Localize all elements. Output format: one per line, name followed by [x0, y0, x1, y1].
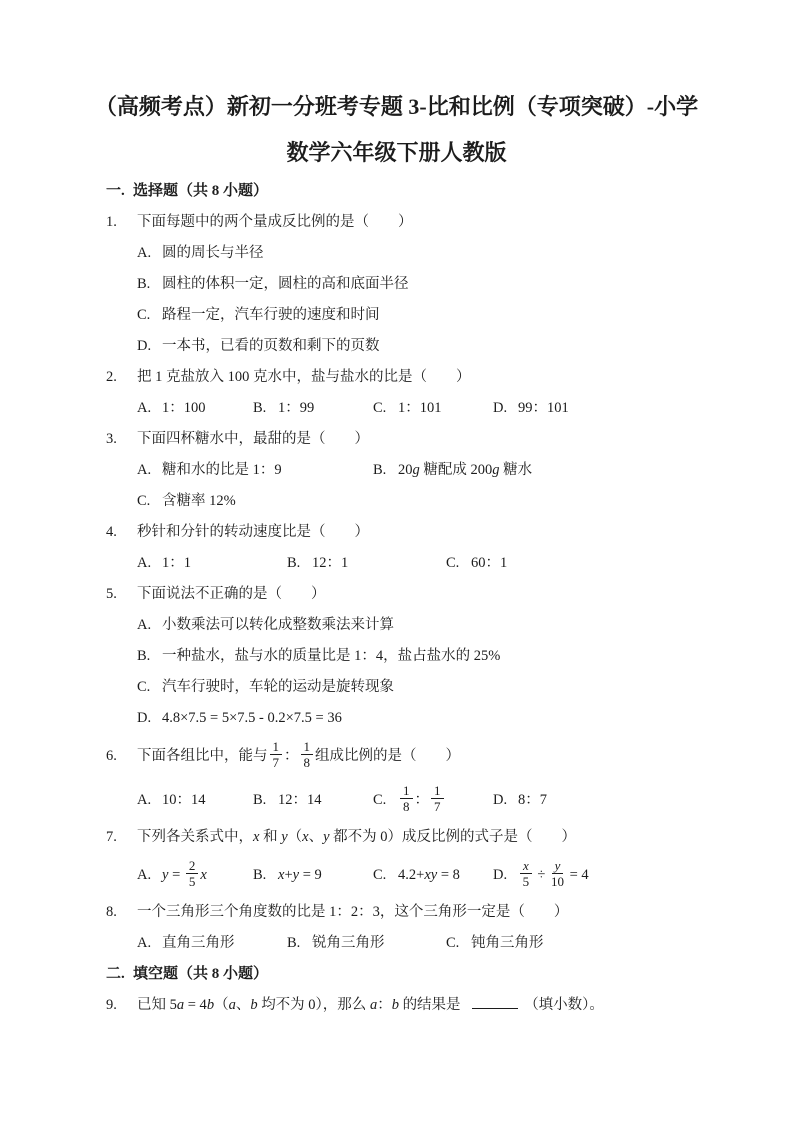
- option-label: C.: [137, 486, 162, 517]
- question-6-option-a: A.10：14: [137, 778, 206, 822]
- question-5-text: 下面说法不正确的是（ ）: [137, 579, 326, 610]
- question-5-option-a: A.小数乘法可以转化成整数乘法来计算: [0, 610, 793, 641]
- option-label: B.: [253, 778, 278, 822]
- option-text: 1：101: [398, 400, 442, 416]
- question-8-stem: 8. 一个三角形三个角度数的比是 1：2：3，这个三角形一定是（ ）: [0, 897, 793, 928]
- question-8-option-a: A.直角三角形: [137, 928, 235, 959]
- option-label: A.: [137, 853, 162, 897]
- option-label: B.: [287, 928, 312, 959]
- question-8-text: 一个三角形三个角度数的比是 1：2：3，这个三角形一定是（ ）: [137, 897, 568, 928]
- question-7-option-d: D.x5 ÷ y10 = 4: [493, 853, 589, 897]
- option-text: 4.8×7.5 = 5×7.5 - 0.2×7.5 = 36: [162, 710, 342, 726]
- option-text: 直角三角形: [162, 935, 235, 951]
- option-label: B.: [287, 548, 312, 579]
- option-text: 10：14: [162, 792, 206, 808]
- option-label: B.: [373, 455, 398, 486]
- option-text: 4.2+xy = 8: [398, 867, 460, 883]
- section-1-number: 一.: [106, 176, 125, 207]
- option-text: x+y = 9: [278, 867, 322, 883]
- option-text: 1：1: [162, 555, 191, 571]
- fraction: 25: [186, 859, 199, 889]
- question-1-option-a: A.圆的周长与半径: [0, 238, 793, 269]
- answer-blank: [472, 994, 518, 1009]
- option-label: B.: [253, 853, 278, 897]
- fraction: 18: [301, 740, 314, 770]
- document-title-line-1: （高频考点）新初一分班考专题 3-比和比例（专项突破）-小学: [0, 84, 793, 130]
- question-5-option-c: C.汽车行驶时，车轮的运动是旋转现象: [0, 672, 793, 703]
- question-1-option-c: C.路程一定，汽车行驶的速度和时间: [0, 300, 793, 331]
- question-2-text: 把 1 克盐放入 100 克水中，盐与盐水的比是（ ）: [137, 362, 471, 393]
- question-4-text: 秒针和分针的转动速度比是（ ）: [137, 517, 369, 548]
- option-text: 圆柱的体积一定，圆柱的高和底面半径: [162, 276, 409, 292]
- option-text: 含糖率 12%: [162, 493, 236, 509]
- section-1-heading: 一. 选择题（共 8 小题）: [0, 176, 793, 207]
- option-label: D.: [137, 331, 162, 362]
- option-label: C.: [373, 853, 398, 897]
- question-2-number: 2.: [106, 362, 117, 393]
- question-3-options-row-1: A.糖和水的比是 1：9 B.20g 糖配成 200g 糖水: [0, 455, 793, 486]
- option-label: A.: [137, 238, 162, 269]
- question-7-option-b: B.x+y = 9: [253, 853, 322, 897]
- question-3-stem: 3. 下面四杯糖水中，最甜的是（ ）: [0, 424, 793, 455]
- option-label: D.: [493, 853, 518, 897]
- option-text: x5 ÷ y10 = 4: [518, 867, 589, 883]
- option-text: 路程一定，汽车行驶的速度和时间: [162, 307, 380, 323]
- question-5-option-d: D.4.8×7.5 = 5×7.5 - 0.2×7.5 = 36: [0, 703, 793, 734]
- question-8-option-b: B.锐角三角形: [287, 928, 385, 959]
- option-label: D.: [137, 703, 162, 734]
- question-2-option-b: B.1：99: [253, 393, 314, 424]
- question-3-text: 下面四杯糖水中，最甜的是（ ）: [137, 424, 369, 455]
- option-text: 汽车行驶时，车轮的运动是旋转现象: [162, 679, 394, 695]
- fraction: 18: [400, 784, 413, 814]
- question-9-stem: 9. 已知 5a = 4b（a、b 均不为 0），那么 a：b 的结果是 （填小…: [0, 990, 793, 1021]
- question-3-option-b: B.20g 糖配成 200g 糖水: [373, 455, 532, 486]
- question-5-option-b: B.一种盐水，盐与水的质量比是 1：4，盐占盐水的 25%: [0, 641, 793, 672]
- question-4-option-a: A.1：1: [137, 548, 191, 579]
- option-text: 圆的周长与半径: [162, 245, 264, 261]
- section-2-number: 二.: [106, 959, 125, 990]
- question-7-number: 7.: [106, 822, 117, 853]
- question-2-stem: 2. 把 1 克盐放入 100 克水中，盐与盐水的比是（ ）: [0, 362, 793, 393]
- question-6-option-b: B.12：14: [253, 778, 322, 822]
- option-text: 糖和水的比是 1：9: [162, 462, 282, 478]
- question-3-option-a: A.糖和水的比是 1：9: [137, 455, 282, 486]
- option-text: 一种盐水，盐与水的质量比是 1：4，盐占盐水的 25%: [162, 648, 500, 664]
- option-label: D.: [493, 393, 518, 424]
- option-text: 锐角三角形: [312, 935, 385, 951]
- question-4-number: 4.: [106, 517, 117, 548]
- option-text: 12：14: [278, 792, 322, 808]
- option-label: C.: [373, 393, 398, 424]
- option-label: C.: [137, 672, 162, 703]
- section-2-heading: 二. 填空题（共 8 小题）: [0, 959, 793, 990]
- option-label: C.: [446, 548, 471, 579]
- fraction: 17: [431, 784, 444, 814]
- question-4-stem: 4. 秒针和分针的转动速度比是（ ）: [0, 517, 793, 548]
- option-label: C.: [446, 928, 471, 959]
- option-label: A.: [137, 778, 162, 822]
- question-6-option-d: D.8：7: [493, 778, 547, 822]
- document-body: 一. 选择题（共 8 小题） 1. 下面每题中的两个量成反比例的是（ ） A.圆…: [0, 176, 793, 1021]
- option-label: A.: [137, 610, 162, 641]
- page: （高频考点）新初一分班考专题 3-比和比例（专项突破）-小学 数学六年级下册人教…: [0, 0, 793, 1122]
- option-text: 20g 糖配成 200g 糖水: [398, 462, 532, 478]
- question-7-option-c: C.4.2+xy = 8: [373, 853, 460, 897]
- option-label: A.: [137, 548, 162, 579]
- fraction: 17: [270, 740, 283, 770]
- question-9-text: 已知 5a = 4b（a、b 均不为 0），那么 a：b 的结果是 （填小数）。: [137, 990, 604, 1021]
- option-text: 1：99: [278, 400, 314, 416]
- fraction: x5: [520, 859, 532, 889]
- question-5-number: 5.: [106, 579, 117, 610]
- option-text: 1：100: [162, 400, 206, 416]
- option-text: 钝角三角形: [471, 935, 544, 951]
- option-label: A.: [137, 455, 162, 486]
- fraction: y10: [551, 859, 564, 889]
- option-text: 12：1: [312, 555, 348, 571]
- question-1-stem: 1. 下面每题中的两个量成反比例的是（ ）: [0, 207, 793, 238]
- question-4-option-b: B.12：1: [287, 548, 348, 579]
- question-1-option-d: D.一本书，已看的页数和剩下的页数: [0, 331, 793, 362]
- section-1-label: 选择题（共 8 小题）: [133, 176, 268, 207]
- question-6-text: 下面各组比中，能与17：18组成比例的是（ ）: [137, 734, 460, 778]
- option-label: C.: [373, 778, 398, 822]
- option-text: y = 25x: [162, 867, 207, 883]
- option-label: B.: [253, 393, 278, 424]
- question-3-options-row-2: C.含糖率 12%: [0, 486, 793, 517]
- question-7-options: A.y = 25x B.x+y = 9 C.4.2+xy = 8 D.x5 ÷ …: [0, 853, 793, 897]
- section-2-label: 填空题（共 8 小题）: [133, 959, 268, 990]
- question-8-number: 8.: [106, 897, 117, 928]
- question-2-option-a: A.1：100: [137, 393, 206, 424]
- option-label: D.: [493, 778, 518, 822]
- option-label: A.: [137, 928, 162, 959]
- question-1-option-b: B.圆柱的体积一定，圆柱的高和底面半径: [0, 269, 793, 300]
- option-text: 99：101: [518, 400, 569, 416]
- option-text: 18：17: [398, 792, 446, 808]
- question-6-number: 6.: [106, 734, 117, 778]
- question-4-options: A.1：1 B.12：1 C.60：1: [0, 548, 793, 579]
- question-7-text: 下列各关系式中，x 和 y（x、y 都不为 0）成反比例的式子是（ ）: [137, 822, 576, 853]
- question-6-stem: 6. 下面各组比中，能与17：18组成比例的是（ ）: [0, 734, 793, 778]
- option-text: 60：1: [471, 555, 507, 571]
- question-4-option-c: C.60：1: [446, 548, 507, 579]
- question-5-stem: 5. 下面说法不正确的是（ ）: [0, 579, 793, 610]
- option-label: C.: [137, 300, 162, 331]
- option-text: 8：7: [518, 792, 547, 808]
- question-6-options: A.10：14 B.12：14 C.18：17 D.8：7: [0, 778, 793, 822]
- option-label: B.: [137, 641, 162, 672]
- question-2-options: A.1：100 B.1：99 C.1：101 D.99：101: [0, 393, 793, 424]
- document-title-line-2: 数学六年级下册人教版: [0, 130, 793, 176]
- option-text: 小数乘法可以转化成整数乘法来计算: [162, 617, 394, 633]
- question-9-number: 9.: [106, 990, 117, 1021]
- option-label: B.: [137, 269, 162, 300]
- option-label: A.: [137, 393, 162, 424]
- document-title: （高频考点）新初一分班考专题 3-比和比例（专项突破）-小学 数学六年级下册人教…: [0, 84, 793, 176]
- question-1-number: 1.: [106, 207, 117, 238]
- question-3-option-c: C.含糖率 12%: [137, 486, 236, 517]
- question-8-options: A.直角三角形 B.锐角三角形 C.钝角三角形: [0, 928, 793, 959]
- question-6-option-c: C.18：17: [373, 778, 446, 822]
- question-8-option-c: C.钝角三角形: [446, 928, 544, 959]
- question-2-option-c: C.1：101: [373, 393, 442, 424]
- question-1-text: 下面每题中的两个量成反比例的是（ ）: [137, 207, 413, 238]
- question-7-option-a: A.y = 25x: [137, 853, 207, 897]
- option-text: 一本书，已看的页数和剩下的页数: [162, 338, 380, 354]
- question-3-number: 3.: [106, 424, 117, 455]
- question-7-stem: 7. 下列各关系式中，x 和 y（x、y 都不为 0）成反比例的式子是（ ）: [0, 822, 793, 853]
- question-2-option-d: D.99：101: [493, 393, 569, 424]
